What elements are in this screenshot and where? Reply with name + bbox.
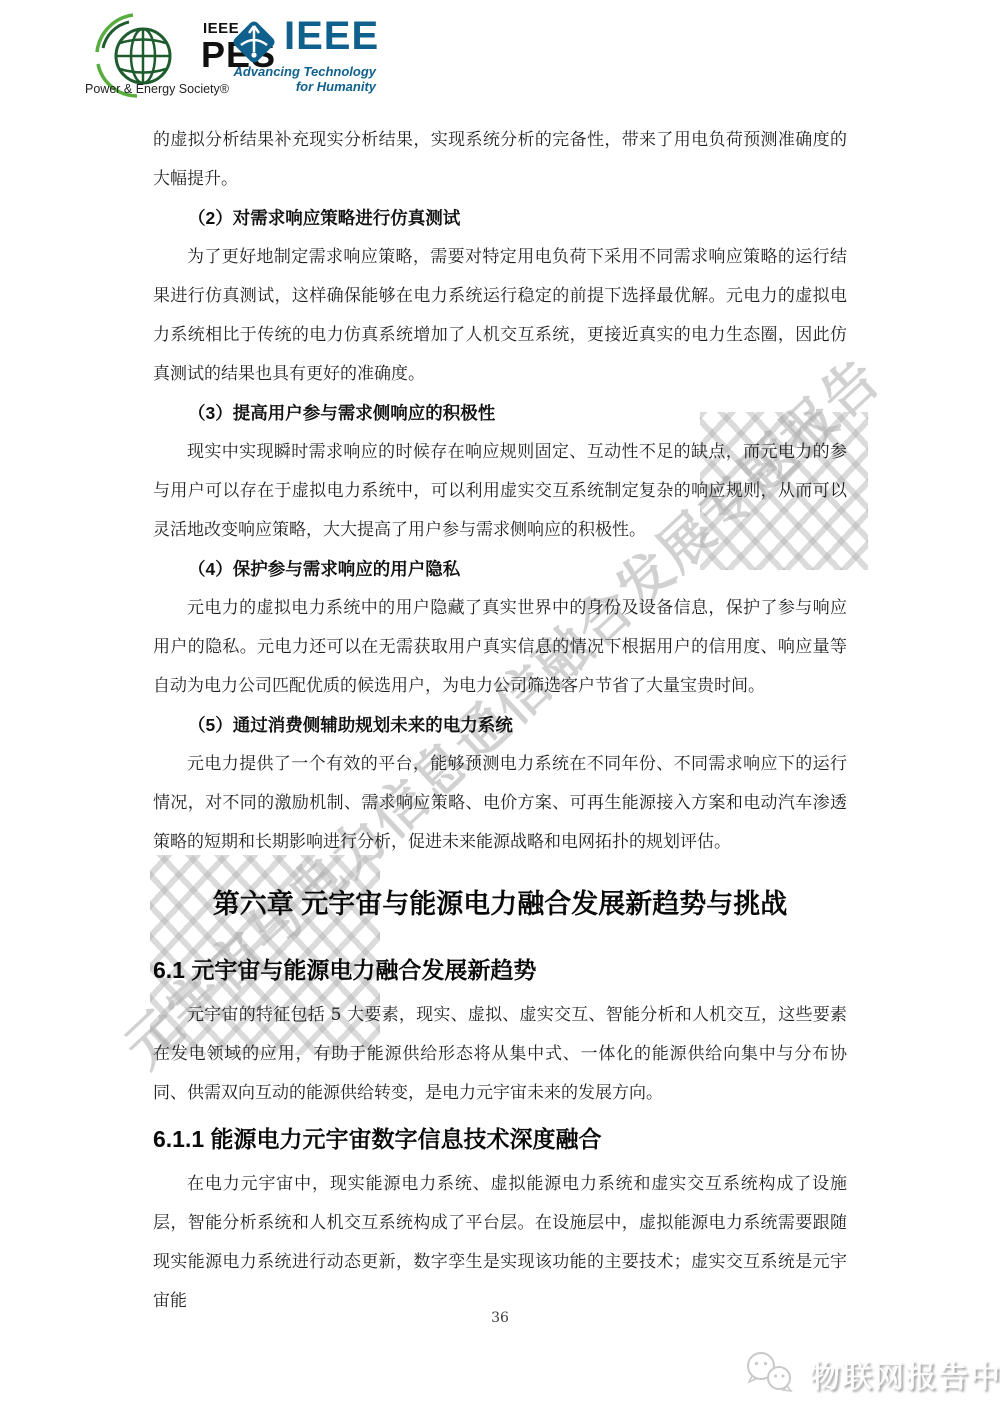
ieee-wordmark: IEEE (284, 14, 379, 59)
paragraph: 为了更好地制定需求响应策略，需要对特定用电负荷下采用不同需求响应策略的运行结果进… (153, 238, 847, 394)
ieee-tagline-line2: for Humanity (296, 79, 376, 94)
paragraph: 元宇宙的特征包括 5 大要素，现实、虚拟、虚实交互、智能分析和人机交互，这些要素… (153, 996, 847, 1113)
paragraph: 的虚拟分析结果补充现实分析结果，实现系统分析的完备性，带来了用电负荷预测准确度的… (153, 121, 847, 199)
brand-watermark: 物联网报告中心 (742, 1344, 992, 1404)
document-page: 元宇宙与电力信息通信融合发展专题报告 IEEE PES Power & (0, 0, 1000, 1414)
brand-watermark-text: 物联网报告中心 (810, 1352, 1000, 1396)
paragraph: 元电力提供了一个有效的平台，能够预测电力系统在不同年份、不同需求响应下的运行情况… (153, 745, 847, 862)
wechat-icon (742, 1349, 800, 1399)
numbered-heading-2: （2）对需求响应策略进行仿真测试 (153, 199, 847, 238)
paragraph: 在电力元宇宙中，现实能源电力系统、虚拟能源电力系统和虚实交互系统构成了设施层，智… (153, 1165, 847, 1321)
numbered-heading-3: （3）提高用户参与需求侧响应的积极性 (153, 394, 847, 433)
ieee-logo: IEEE Advancing Technology for Humanity (228, 12, 378, 112)
section-heading-6-1: 6.1 元宇宙与能源电力融合发展新趋势 (153, 952, 847, 988)
section-heading-6-1-1: 6.1.1 能源电力元宇宙数字信息技术深度融合 (153, 1121, 847, 1157)
ieee-tagline-line1: Advancing Technology (233, 64, 376, 79)
header-logo-row: IEEE PES Power & Energy Society® IEEE Ad… (0, 0, 1000, 115)
paragraph: 现实中实现瞬时需求响应的时候存在响应规则固定、互动性不足的缺点，而元电力的参与用… (153, 433, 847, 550)
chapter-title: 第六章 元宇宙与能源电力融合发展新趋势与挑战 (153, 884, 847, 924)
ieee-tagline: Advancing Technology for Humanity (228, 64, 376, 94)
numbered-heading-5: （5）通过消费侧辅助规划未来的电力系统 (153, 706, 847, 745)
ieee-diamond-icon (228, 16, 280, 68)
numbered-heading-4: （4）保护参与需求响应的用户隐私 (153, 550, 847, 589)
page-number: 36 (0, 1310, 1000, 1326)
document-body: 的虚拟分析结果补充现实分析结果，实现系统分析的完备性，带来了用电负荷预测准确度的… (153, 121, 847, 1321)
paragraph: 元电力的虚拟电力系统中的用户隐藏了真实世界中的身份及设备信息，保护了参与响应用户… (153, 589, 847, 706)
